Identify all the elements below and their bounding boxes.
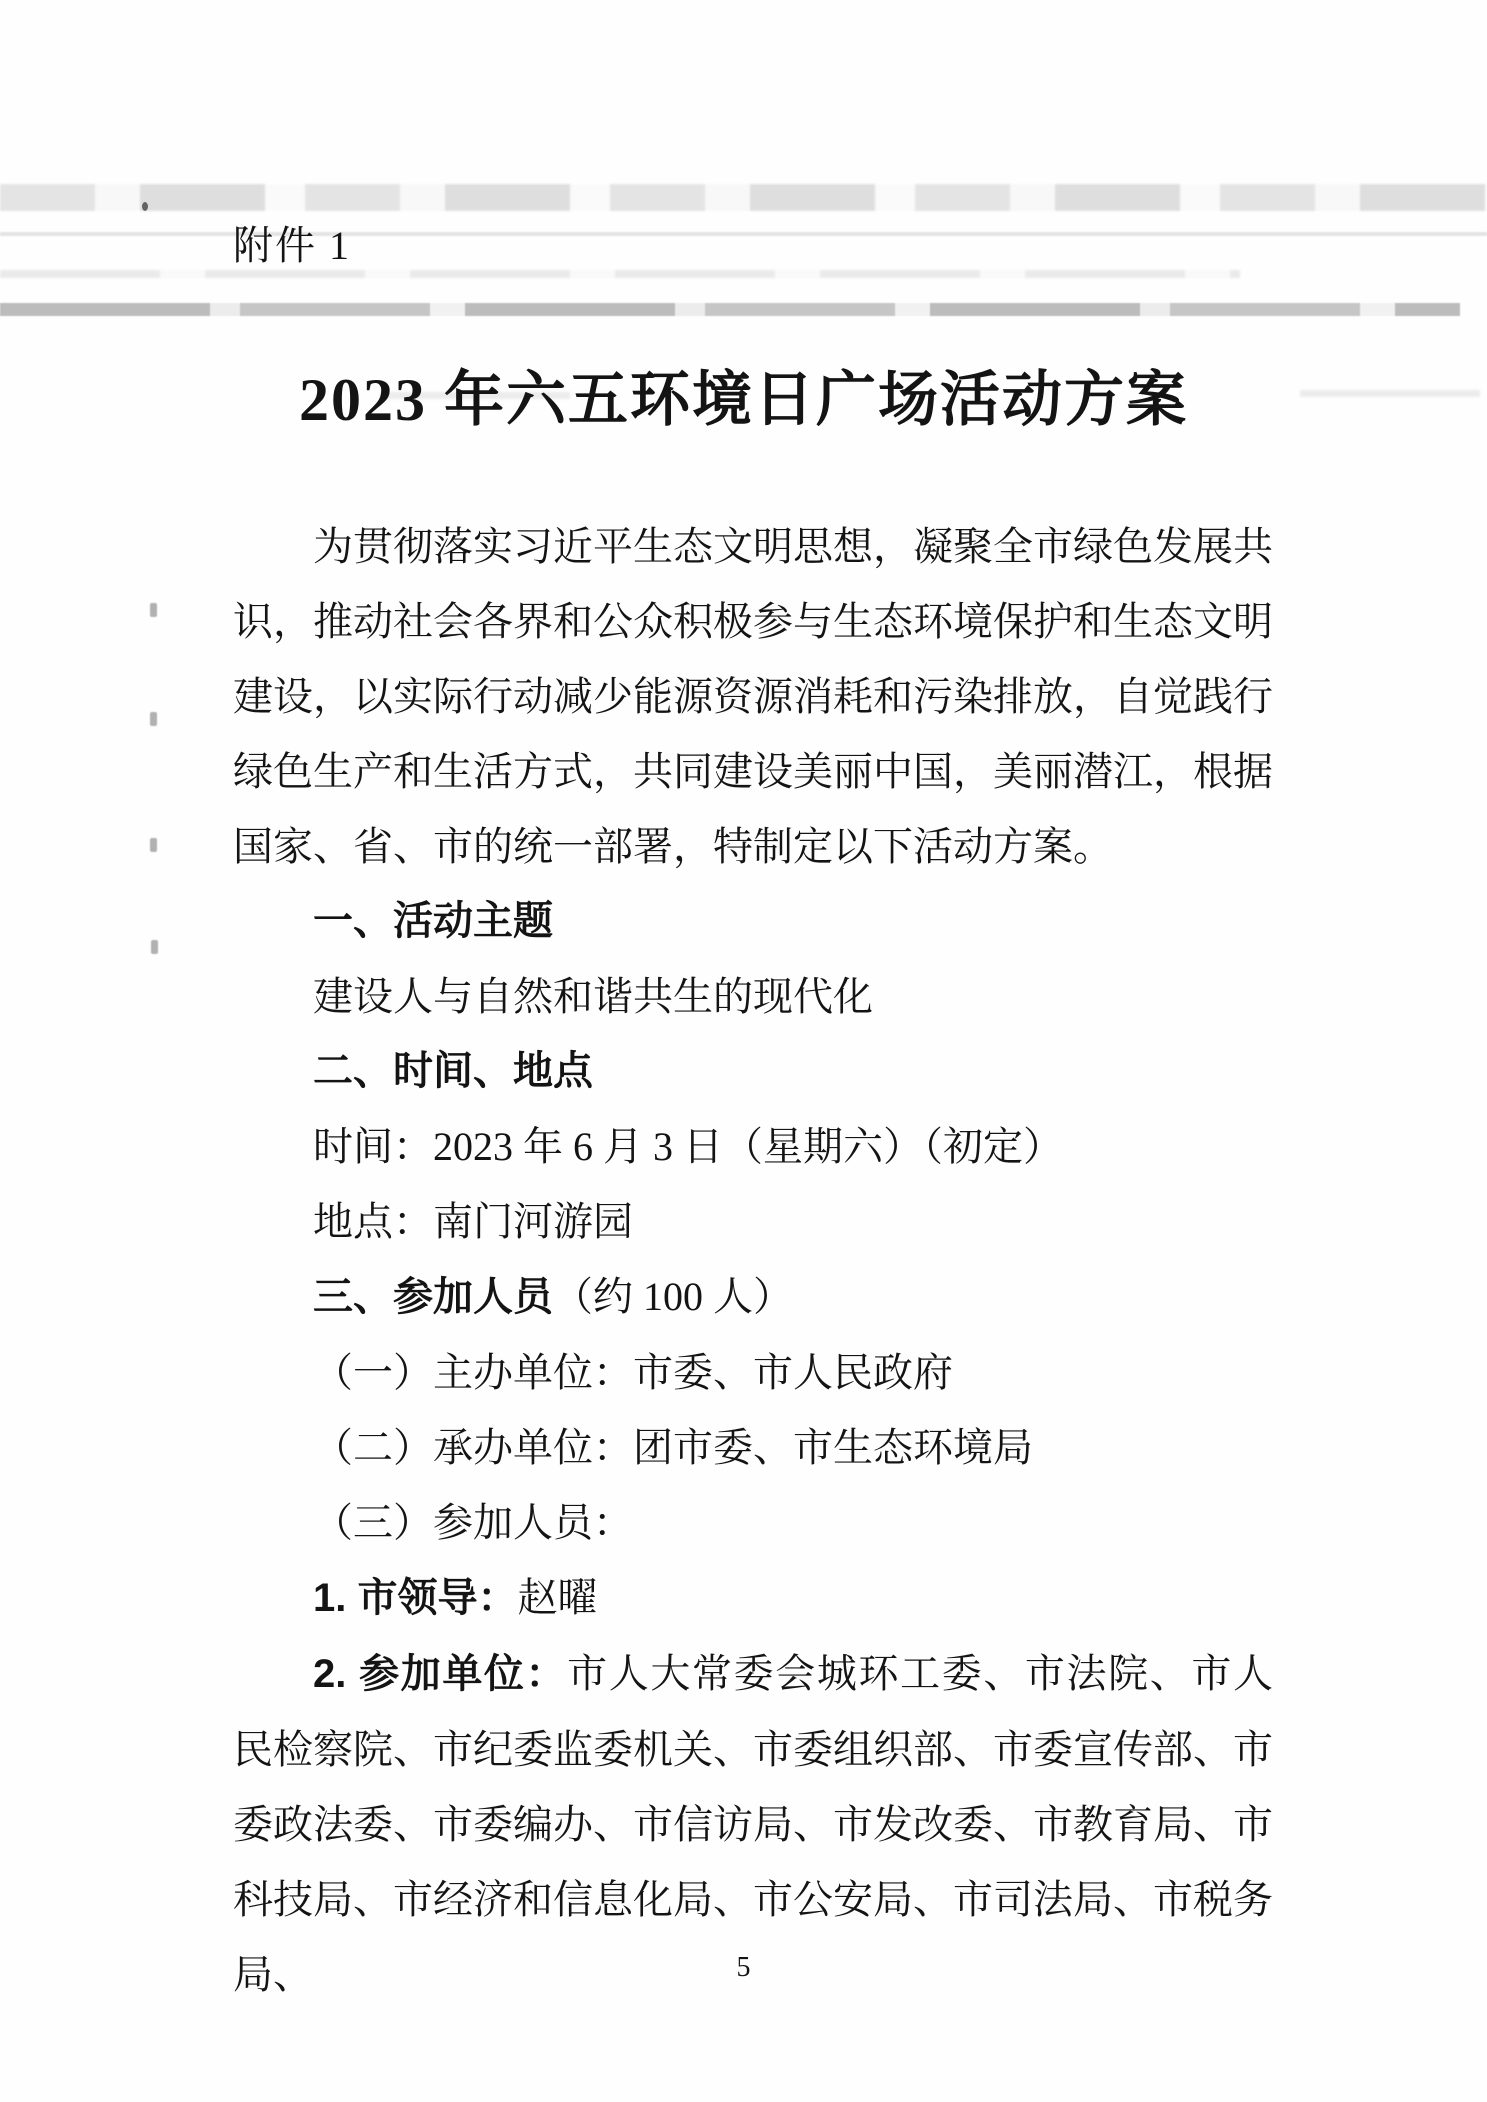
section-heading-activity-theme: 一、活动主题 [233, 884, 1273, 959]
participant-list-label-line: （三）参加人员： [233, 1485, 1273, 1560]
participating-units-label: 2. 参加单位： [313, 1652, 567, 1696]
theme-line: 建设人与自然和谐共生的现代化 [233, 959, 1273, 1034]
scan-artifact-dot [142, 202, 148, 211]
document-body: 为贯彻落实习近平生态文明思想，凝聚全市绿色发展共识，推动社会各界和公众积极参与生… [233, 509, 1273, 2012]
scan-artifact-streak [0, 270, 1240, 278]
section-heading-time-place: 二、时间、地点 [233, 1034, 1273, 1109]
city-leader-line: 1. 市领导：赵曜 [233, 1560, 1273, 1636]
section-heading-participants: 三、参加人员（约 100 人） [233, 1259, 1273, 1335]
attachment-label: 附件 1 [233, 222, 351, 270]
page-number: 5 [0, 1952, 1487, 1984]
section-heading-participants-count: （约 100 人） [553, 1274, 793, 1319]
participating-units-text: 市人大常委会城环工委、市法院、市人民检察院、市纪委监委机关、市委组织部、市委宣传… [233, 1651, 1273, 1997]
city-leader-name: 赵曜 [517, 1575, 597, 1620]
organizer-unit-line: （二）承办单位：团市委、市生态环境局 [233, 1410, 1273, 1485]
scan-artifact-band [0, 184, 1487, 211]
place-line: 地点：南门河游园 [233, 1184, 1273, 1259]
document-page: 附件 1 2023 年六五环境日广场活动方案 为贯彻落实习近平生态文明思想，凝聚… [0, 0, 1487, 2102]
scan-artifact-speck [150, 712, 157, 726]
section-heading-participants-bold: 三、参加人员 [313, 1275, 553, 1319]
document-title: 2023 年六五环境日广场活动方案 [0, 352, 1487, 438]
city-leader-label: 1. 市领导： [313, 1576, 517, 1620]
intro-paragraph: 为贯彻落实习近平生态文明思想，凝聚全市绿色发展共识，推动社会各界和公众积极参与生… [233, 509, 1273, 884]
scan-artifact-speck [150, 838, 157, 852]
time-line: 时间：2023 年 6 月 3 日（星期六）（初定） [233, 1109, 1273, 1184]
scan-artifact-band [0, 303, 1460, 316]
scan-artifact-line [0, 232, 1487, 236]
host-unit-line: （一）主办单位：市委、市人民政府 [233, 1335, 1273, 1410]
scan-artifact-speck [151, 940, 158, 954]
scan-artifact-speck [150, 603, 157, 617]
